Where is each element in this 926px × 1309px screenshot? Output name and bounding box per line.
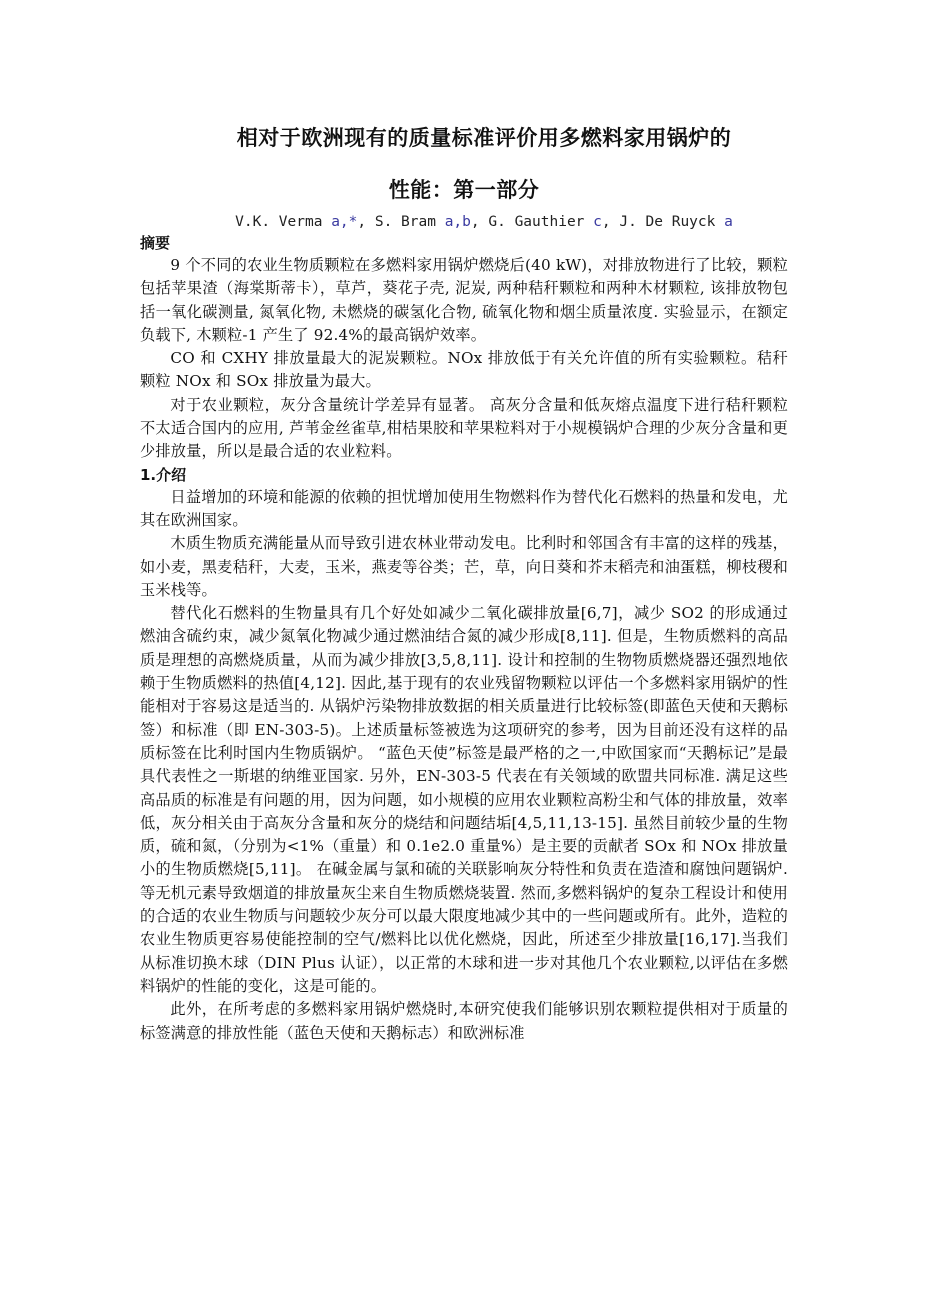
- author-name: J. De Ruyck: [619, 214, 715, 230]
- author-list: V.K. Verma a,*, S. Bram a,b, G. Gauthier…: [140, 212, 788, 232]
- body-paragraph: 木质生物质充满能量从而导致引进农林业带动发电。比利时和邻国含有丰富的这样的残基，…: [140, 532, 788, 602]
- body-paragraph: 日益增加的环境和能源的依赖的担忧增加使用生物燃料作为替代化石燃料的热量和发电，尤…: [140, 486, 788, 533]
- body-paragraph: 此外，在所考虑的多燃料家用锅炉燃烧时,本研究使我们能够识别农颗粒提供相对于质量的…: [140, 998, 788, 1045]
- abstract-paragraph: CO 和 CXHY 排放量最大的泥炭颗粒。NOx 排放低于有关允许值的所有实验颗…: [140, 347, 788, 394]
- author-name: V.K. Verma: [235, 214, 322, 230]
- author-affiliation: a,*: [331, 214, 357, 230]
- paper-title-line-1: 相对于欧洲现有的质量标准评价用多燃料家用锅炉的: [140, 124, 788, 152]
- body-paragraph: 替代化石燃料的生物量具有几个好处如减少二氧化碳排放量[6,7]，减少 SO2 的…: [140, 602, 788, 998]
- author-affiliation: a: [724, 214, 733, 230]
- author-separator: ,: [602, 214, 619, 230]
- author-name: G. Gauthier: [488, 214, 584, 230]
- author-name: S. Bram: [375, 214, 436, 230]
- author-affiliation: a,b: [445, 214, 471, 230]
- author-separator: ,: [471, 214, 488, 230]
- section-heading-introduction: 1.介绍: [140, 464, 788, 486]
- author-affiliation: c: [593, 214, 602, 230]
- paper-page: 相对于欧洲现有的质量标准评价用多燃料家用锅炉的 性能：第一部分 V.K. Ver…: [140, 118, 788, 1045]
- abstract-paragraph: 对于农业颗粒，灰分含量统计学差异有显著。 高灰分含量和低灰熔点温度下进行秸秆颗粒…: [140, 394, 788, 464]
- abstract-heading: 摘要: [140, 232, 788, 254]
- author-separator: ,: [357, 214, 374, 230]
- paper-title-line-2: 性能：第一部分: [140, 176, 788, 204]
- abstract-paragraph: 9 个不同的农业生物质颗粒在多燃料家用锅炉燃烧后(40 kW)，对排放物进行了比…: [140, 254, 788, 347]
